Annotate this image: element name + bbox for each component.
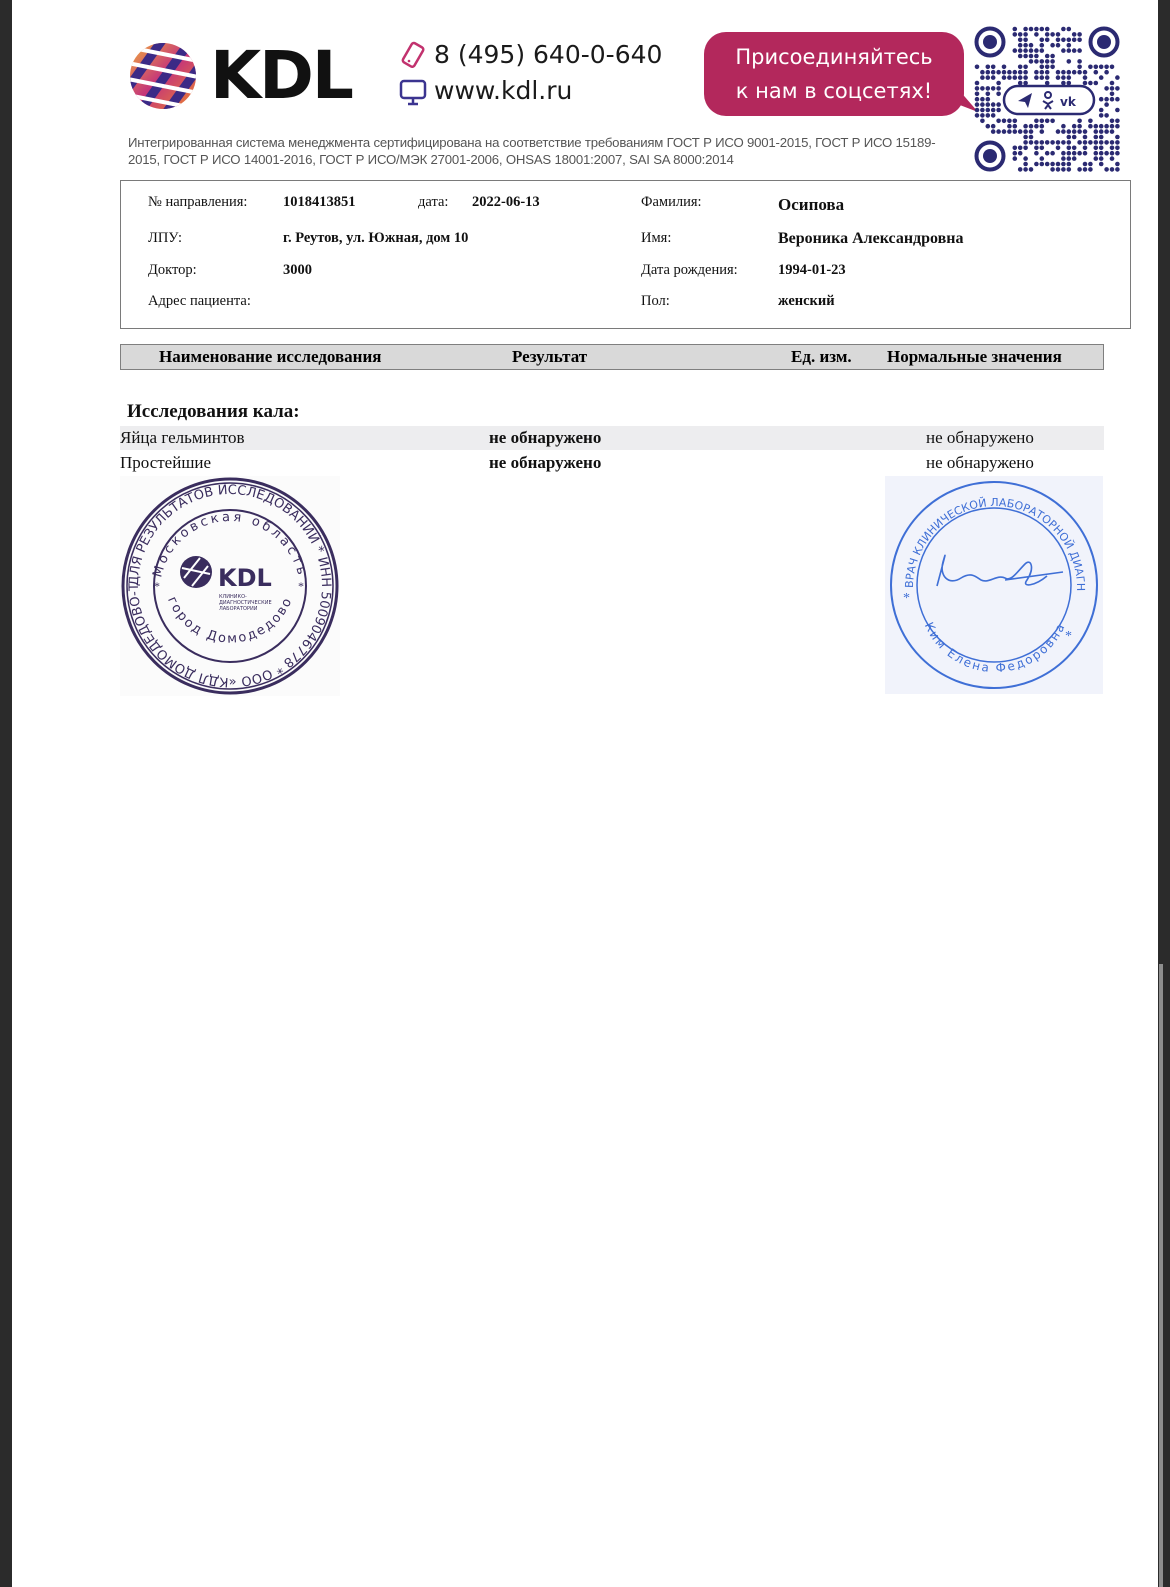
scrollbar-thumb[interactable] [1159,964,1163,1587]
monitor-icon [398,77,428,107]
results-table-header: Наименование исследования Результат Ед. … [120,344,1104,370]
certification-text: Интегрированная система менеджмента серт… [128,134,958,168]
column-name: Наименование исследования [159,347,381,367]
brand-name: KDL [210,36,352,116]
social-bubble: Присоединяйтесь к нам в соцсетях! [704,32,964,116]
test-result: не обнаружено [489,428,601,448]
social-bubble-line2: к нам в соцсетях! [704,74,964,108]
svg-text:KDL: KDL [218,564,272,592]
phone-number: 8 (495) 640-0-640 [434,40,662,69]
svg-text:*: * [903,591,910,606]
column-normal: Нормальные значения [887,347,1062,367]
company-stamp-icon: ДЛЯ РЕЗУЛЬТАТОВ ИССЛЕДОВАНИЙ * ИНН 50090… [120,476,340,696]
website-url: www.kdl.ru [434,76,572,105]
column-result: Результат [512,347,587,367]
test-name: Простейшие [120,453,211,473]
referral-date: 2022-06-13 [472,194,540,211]
column-unit: Ед. изм. [791,347,852,367]
sex-label: Пол: [641,293,670,310]
website-link[interactable]: www.kdl.ru [398,76,572,107]
patient-info-box: № направления: 1018413851 дата: 2022-06-… [120,180,1131,329]
social-bubble-line1: Присоединяйтесь [704,40,964,74]
svg-text:ЛАБОРАТОРИИ: ЛАБОРАТОРИИ [219,606,258,612]
referral-label: № направления: [148,194,247,211]
svg-text:Ким Елена Федоровна: Ким Елена Федоровна [922,620,1068,675]
svg-text:vk: vk [1060,95,1077,109]
address-label: Адрес пациента: [148,293,251,310]
doctor-label: Доктор: [148,262,197,279]
test-normal: не обнаружено [926,453,1034,473]
test-name: Яйца гельминтов [120,428,245,448]
doctor-stamp: ВРАЧ КЛИНИЧЕСКОЙ ЛАБОРАТОРНОЙ ДИАГНОСТИК… [885,476,1103,694]
date-label: дата: [418,194,448,211]
birthdate-value: 1994-01-23 [778,262,846,279]
test-normal: не обнаружено [926,428,1034,448]
kdl-logo: KDL [128,40,373,112]
lpu-value: г. Реутов, ул. Южная, дом 10 [283,230,468,247]
table-row: Простейшие не обнаружено не обнаружено [120,451,1104,475]
referral-number: 1018413851 [283,194,356,211]
svg-text:*: * [298,579,304,593]
surname-label: Фамилия: [641,194,702,211]
sex-value: женский [778,293,835,310]
svg-text:*: * [1065,629,1072,644]
social-qr-code[interactable]: vk [974,26,1120,172]
section-title: Исследования кала: [127,401,300,423]
surname-value: Осипова [778,195,844,215]
birthdate-label: Дата рождения: [641,262,738,279]
phone-icon [398,41,428,71]
phone-contact[interactable]: 8 (495) 640-0-640 [398,40,662,71]
kdl-globe-icon [128,42,198,110]
test-result: не обнаружено [489,453,601,473]
svg-text:*: * [154,579,160,593]
doctor-stamp-icon: ВРАЧ КЛИНИЧЕСКОЙ ЛАБОРАТОРНОЙ ДИАГНОСТИК… [885,476,1103,694]
table-row: Яйца гельминтов не обнаружено не обнаруж… [120,426,1104,450]
lpu-label: ЛПУ: [148,230,182,247]
company-stamp: ДЛЯ РЕЗУЛЬТАТОВ ИССЛЕДОВАНИЙ * ИНН 50090… [120,476,340,696]
doctor-value: 3000 [283,262,312,279]
name-label: Имя: [641,230,671,247]
name-value: Вероника Александровна [778,230,964,248]
svg-text:ВРАЧ КЛИНИЧЕСКОЙ ЛАБОРАТОРНОЙ: ВРАЧ КЛИНИЧЕСКОЙ ЛАБОРАТОРНОЙ ДИАГНОСТИК… [885,476,1087,591]
